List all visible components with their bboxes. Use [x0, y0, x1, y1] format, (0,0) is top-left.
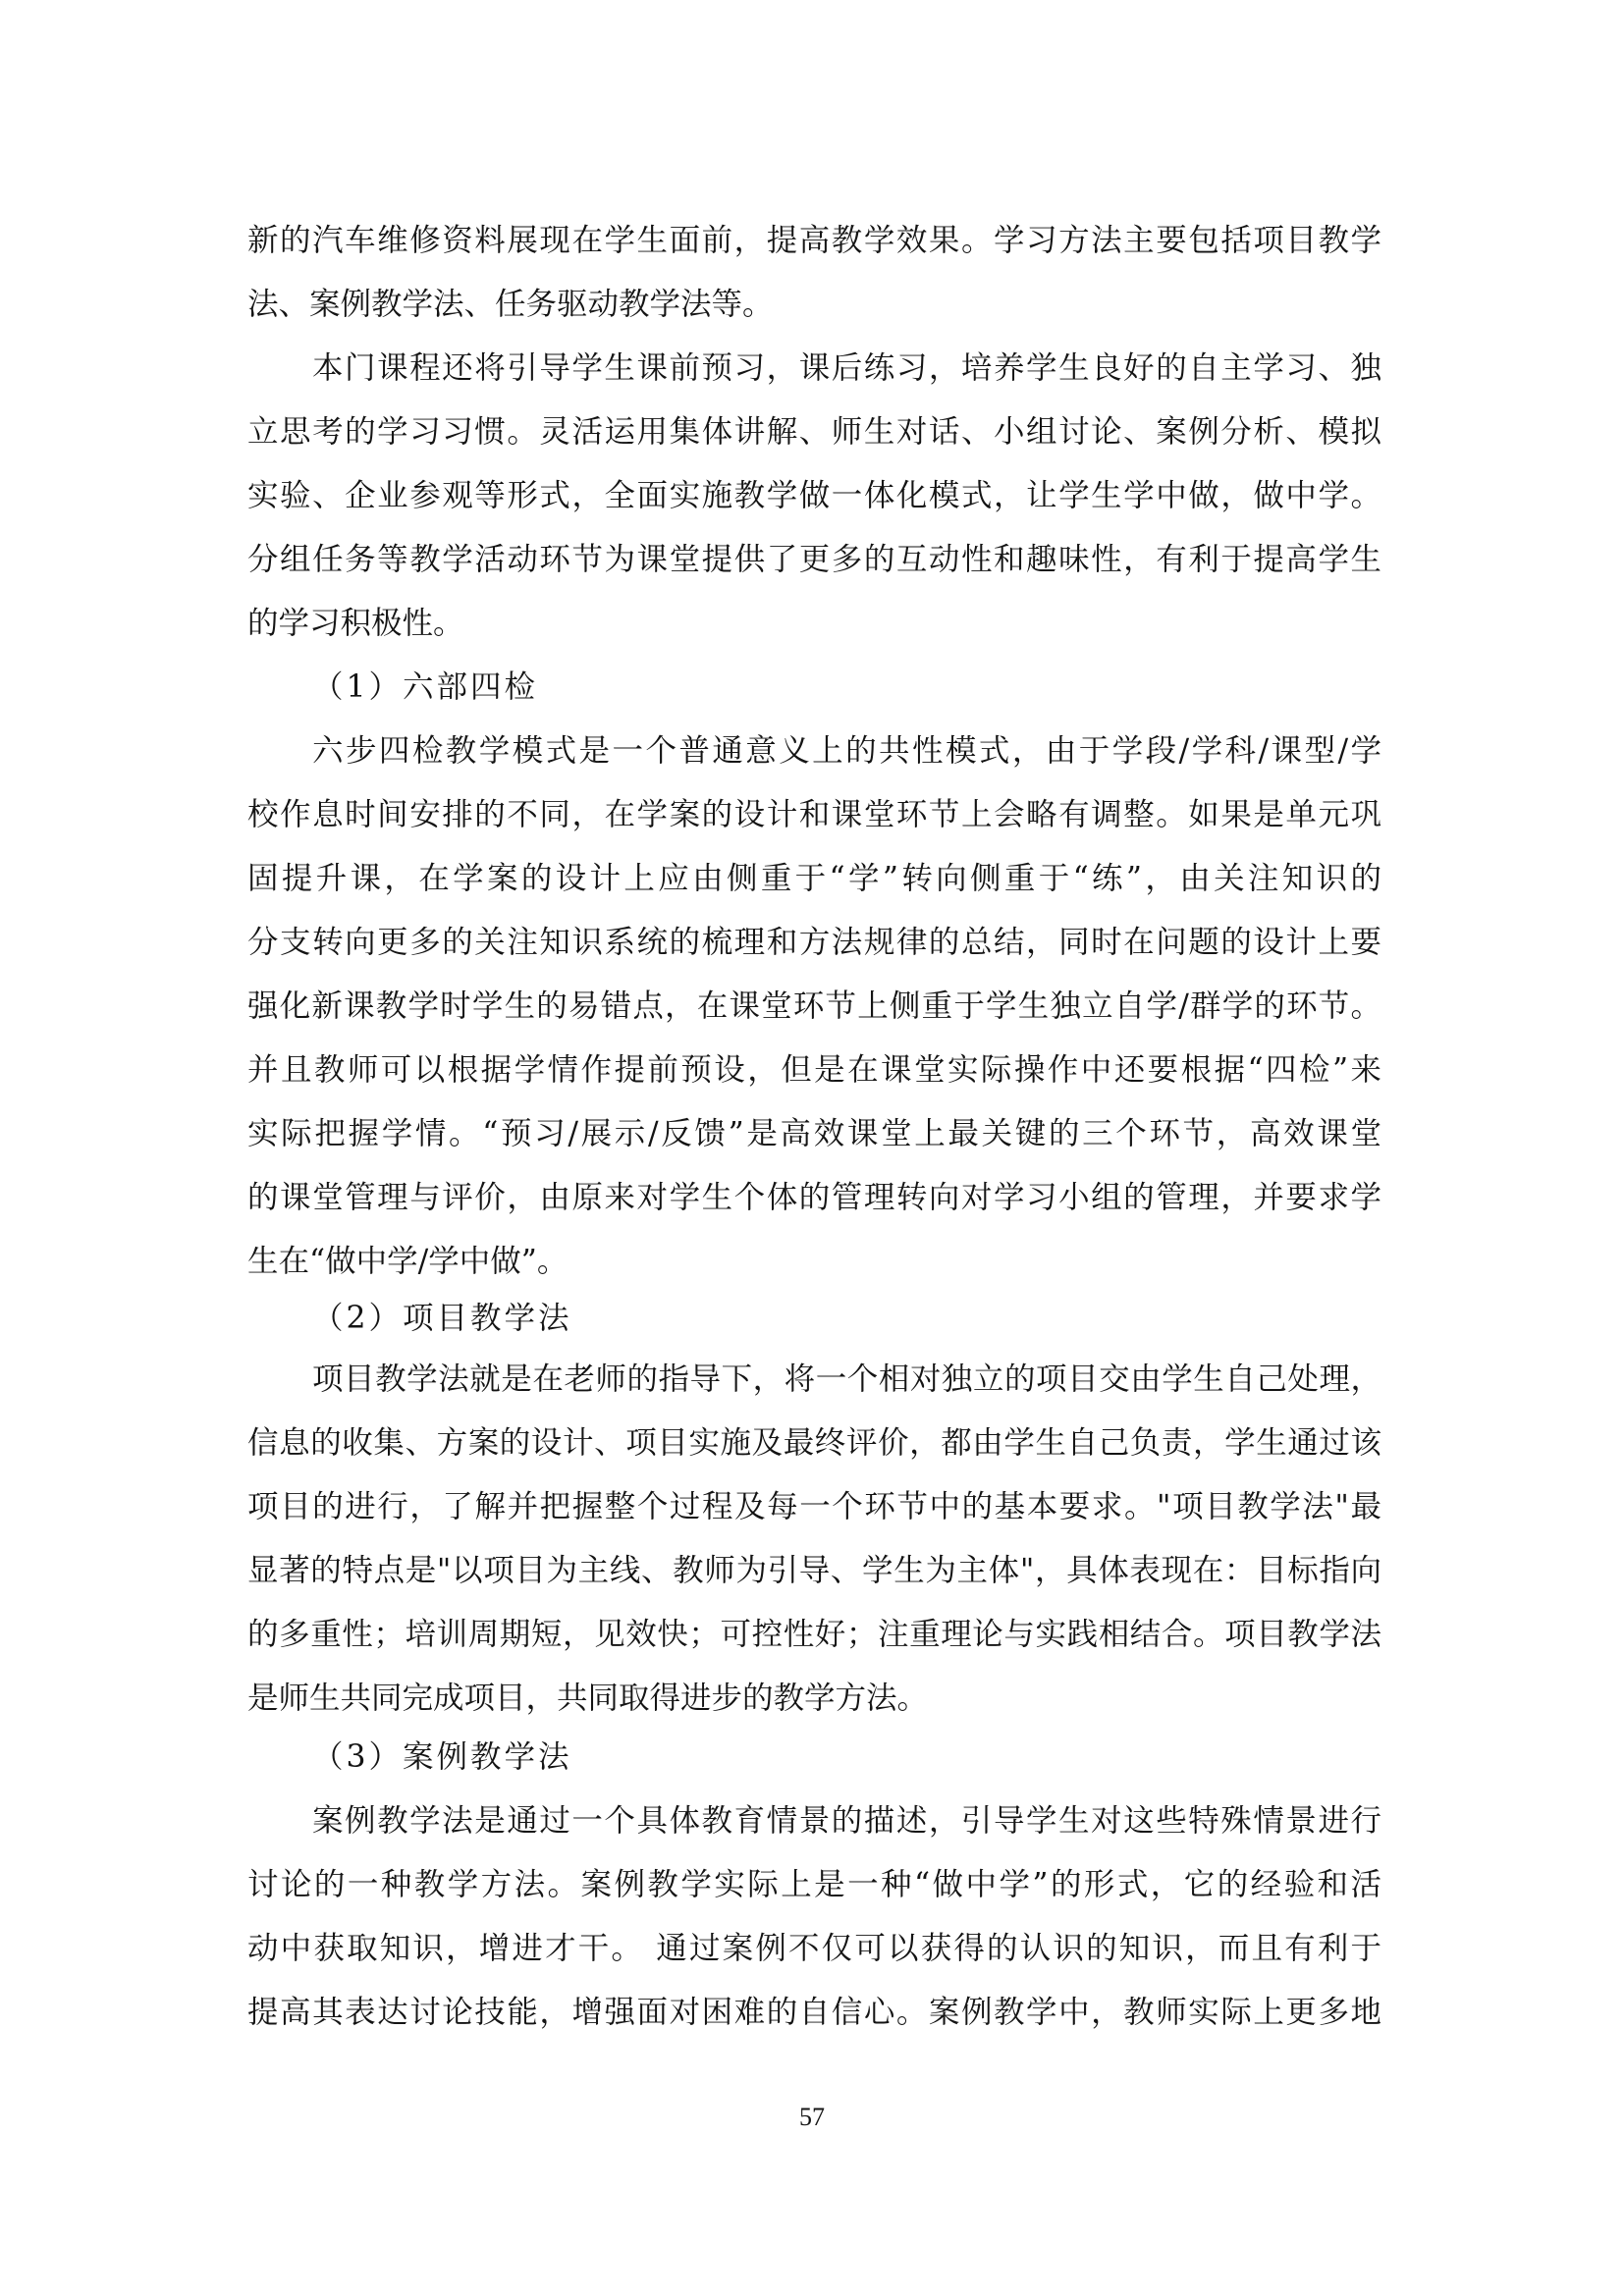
text-line: 强化新课教学时学生的易错点，在课堂环节上侧重于学生独立自学/群学的环节。 — [247, 984, 1381, 1029]
text-line: 实验、企业参观等形式，全面实施教学做一体化模式，让学生学中做，做中学。 — [247, 473, 1381, 518]
text-line: 信息的收集、方案的设计、项目实施及最终评价，都由学生自己负责，学生通过该 — [247, 1420, 1381, 1466]
section-heading: （2）项目教学法 — [312, 1296, 572, 1341]
text-line: 讨论的一种教学方法。案例教学实际上是一种“做中学”的形式，它的经验和活 — [247, 1862, 1381, 1907]
text-line: 立思考的学习习惯。灵活运用集体讲解、师生对话、小组讨论、案例分析、模拟 — [247, 409, 1381, 454]
paragraph-first-line: 六步四检教学模式是一个普通意义上的共性模式，由于学段/学科/课型/学 — [312, 728, 1381, 774]
paragraph-first-line: 项目教学法就是在老师的指导下，将一个相对独立的项目交由学生自己处理， — [312, 1357, 1381, 1402]
text-line: 项目的进行，了解并把握整个过程及每一个环节中的基本要求。"项目教学法"最 — [247, 1484, 1381, 1529]
text-line: 分组任务等教学活动环节为课堂提供了更多的互动性和趣味性，有利于提高学生 — [247, 537, 1381, 582]
paragraph-last-line: 生在“做中学/学中做”。 — [247, 1239, 1381, 1284]
section-heading: （1）六部四检 — [312, 665, 538, 710]
text-line: 显著的特点是"以项目为主线、教师为引导、学生为主体"，具体表现在：目标指向 — [247, 1548, 1381, 1593]
paragraph-first-line: 本门课程还将引导学生课前预习，课后练习，培养学生良好的自主学习、独 — [312, 346, 1381, 391]
document-page: 新的汽车维修资料展现在学生面前，提高教学效果。学习方法主要包括项目教学法、案例教… — [0, 0, 1624, 2296]
paragraph-last-line: 的学习积极性。 — [247, 601, 1381, 646]
text-line: 固提升课，在学案的设计上应由侧重于“学”转向侧重于“练”，由关注知识的 — [247, 856, 1381, 901]
paragraph-last-line: 法、案例教学法、任务驱动教学法等。 — [247, 282, 1381, 327]
text-line: 的课堂管理与评价，由原来对学生个体的管理转向对学习小组的管理，并要求学 — [247, 1175, 1381, 1220]
text-line: 提高其表达讨论技能，增强面对困难的自信心。案例教学中，教师实际上更多地 — [247, 1990, 1381, 2035]
text-line: 动中获取知识，增进才干。 通过案例不仅可以获得的认识的知识，而且有利于 — [247, 1926, 1381, 1971]
text-line: 并且教师可以根据学情作提前预设，但是在课堂实际操作中还要根据“四检”来 — [247, 1047, 1381, 1093]
section-heading: （3）案例教学法 — [312, 1735, 572, 1780]
text-line: 分支转向更多的关注知识系统的梳理和方法规律的总结，同时在问题的设计上要 — [247, 920, 1381, 965]
text-line: 校作息时间安排的不同，在学案的设计和课堂环节上会略有调整。如果是单元巩 — [247, 792, 1381, 837]
page-number: 57 — [0, 2103, 1624, 2132]
paragraph-first-line: 案例教学法是通过一个具体教育情景的描述，引导学生对这些特殊情景进行 — [312, 1798, 1381, 1843]
text-line: 新的汽车维修资料展现在学生面前，提高教学效果。学习方法主要包括项目教学 — [247, 218, 1381, 263]
text-line: 实际把握学情。“预习/展示/反馈”是高效课堂上最关键的三个环节，高效课堂 — [247, 1111, 1381, 1156]
text-line: 的多重性；培训周期短，见效快；可控性好；注重理论与实践相结合。项目教学法 — [247, 1612, 1381, 1657]
paragraph-last-line: 是师生共同完成项目，共同取得进步的教学方法。 — [247, 1676, 1381, 1721]
